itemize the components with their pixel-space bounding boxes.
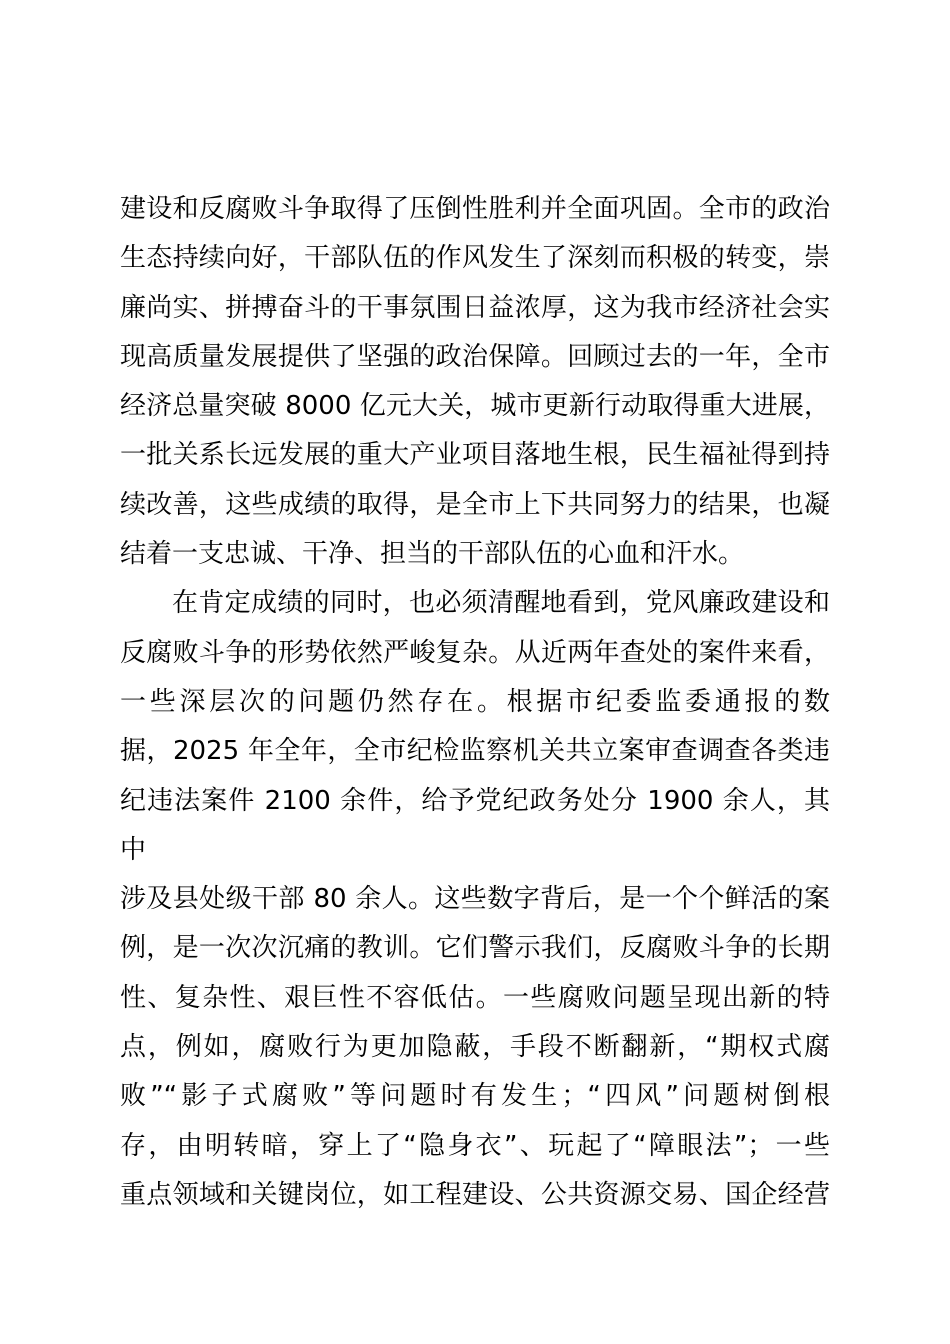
text-line: 建设和反腐败斗争取得了压倒性胜利并全面巩固。全市的政治 (120, 185, 830, 234)
text-line: 据，2025 年全年，全市纪检监察机关共立案审查调查各类违 (120, 727, 830, 776)
text-line: 廉尚实、拼搏奋斗的干事氛围日益浓厚，这为我市经济社会实 (120, 284, 830, 333)
text-line: 例，是一次次沉痛的教训。它们警示我们，反腐败斗争的长期 (120, 924, 830, 973)
text-line: 经济总量突破 8000 亿元大关，城市更新行动取得重大进展， (120, 382, 830, 431)
document-page: 建设和反腐败斗争取得了压倒性胜利并全面巩固。全市的政治生态持续向好，干部队伍的作… (0, 0, 950, 1344)
text-line: 纪违法案件 2100 余件，给予党纪政务处分 1900 余人，其中 (120, 777, 830, 876)
text-line: 一批关系长远发展的重大产业项目落地生根，民生福祉得到持 (120, 431, 830, 480)
text-line: 生态持续向好，干部队伍的作风发生了深刻而积极的转变，崇 (120, 234, 830, 283)
text-line: 续改善，这些成绩的取得，是全市上下共同努力的结果，也凝 (120, 481, 830, 530)
text-line: 在肯定成绩的同时，也必须清醒地看到，党风廉政建设和 (120, 579, 830, 628)
text-line: 现高质量发展提供了坚强的政治保障。回顾过去的一年，全市 (120, 333, 830, 382)
text-line: 存，由明转暗，穿上了“隐身衣”、玩起了“障眼法”；一些 (120, 1122, 830, 1171)
text-line: 一些深层次的问题仍然存在。根据市纪委监委通报的数 (120, 678, 830, 727)
text-line: 结着一支忠诚、干净、担当的干部队伍的心血和汗水。 (120, 530, 830, 579)
text-line: 性、复杂性、艰巨性不容低估。一些腐败问题呈现出新的特 (120, 974, 830, 1023)
text-line: 败”“影子式腐败”等问题时有发生；“四风”问题树倒根 (120, 1072, 830, 1121)
text-line: 反腐败斗争的形势依然严峻复杂。从近两年查处的案件来看， (120, 629, 830, 678)
text-line: 点，例如，腐败行为更加隐蔽，手段不断翻新，“期权式腐 (120, 1023, 830, 1072)
text-line: 重点领域和关键岗位，如工程建设、公共资源交易、国企经营 (120, 1171, 830, 1220)
text-line: 涉及县处级干部 80 余人。这些数字背后，是一个个鲜活的案 (120, 875, 830, 924)
document-text: 建设和反腐败斗争取得了压倒性胜利并全面巩固。全市的政治生态持续向好，干部队伍的作… (120, 185, 830, 1220)
